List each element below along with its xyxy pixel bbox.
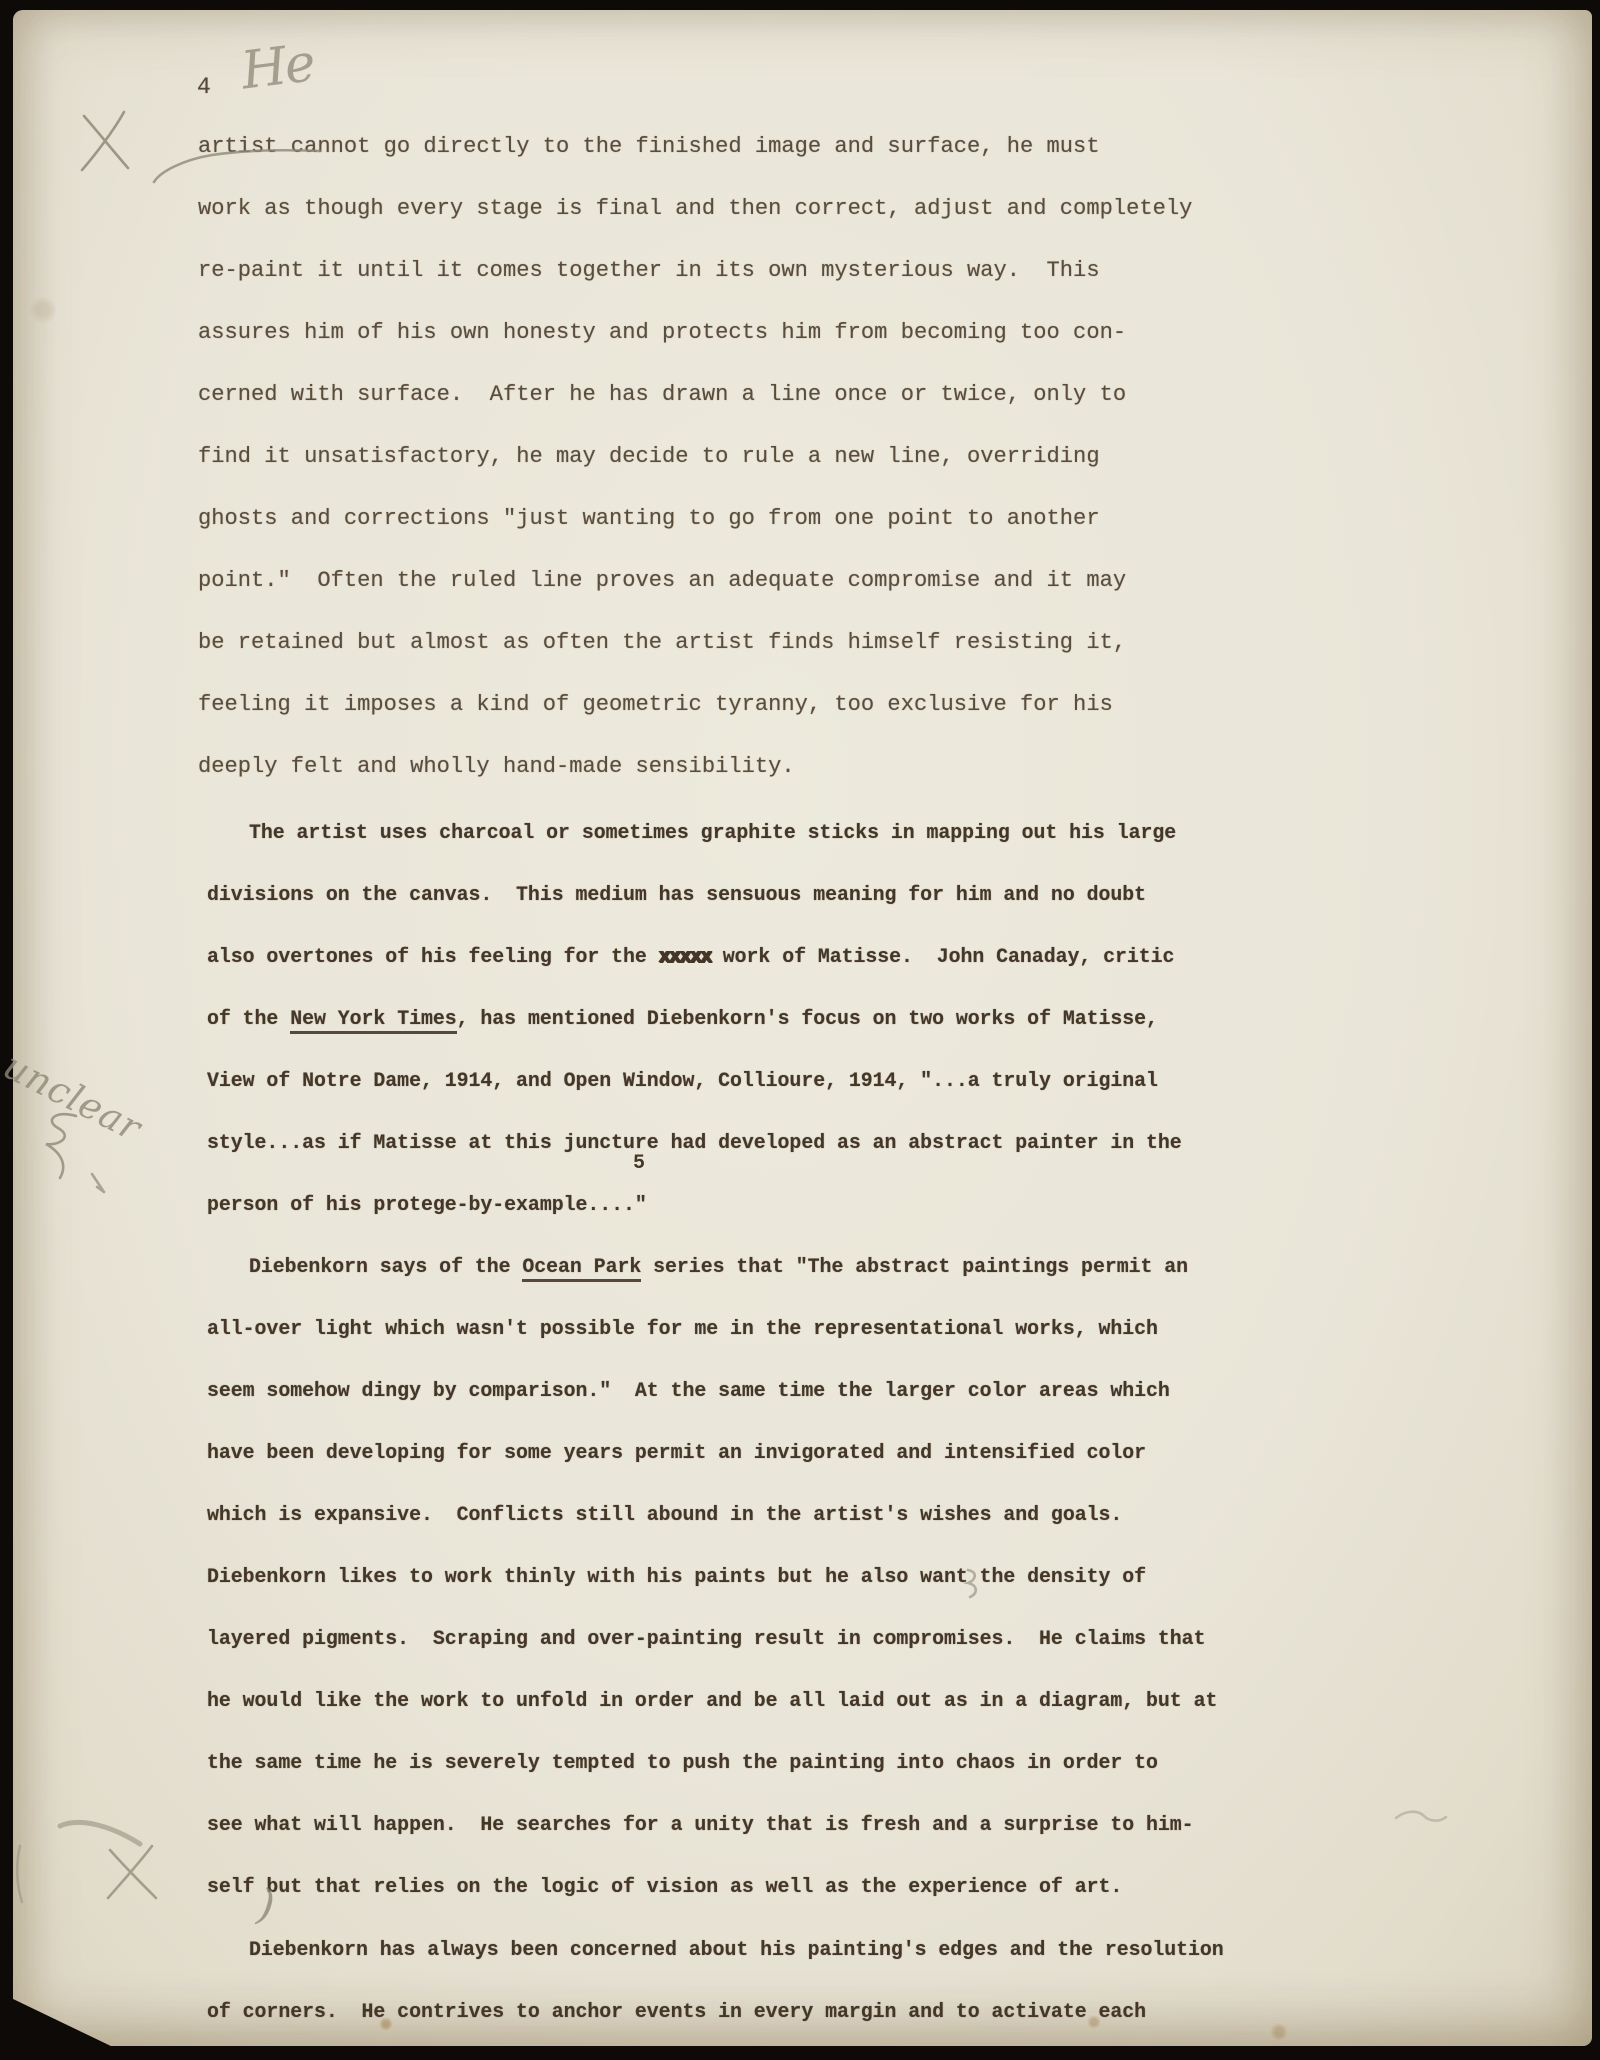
typed-line: of corners. He contrives to anchor event… [207,1981,1224,2043]
paragraph-3: Diebenkorn says of the Ocean Park series… [207,1236,1217,1918]
typed-line: work as though every stage is final and … [198,178,1192,240]
typed-line: assures him of his own honesty and prote… [198,302,1192,364]
paragraph-2: The artist uses charcoal or sometimes gr… [207,802,1182,1236]
typed-line: of the New York Times, has mentioned Die… [207,988,1182,1050]
line-segment: series that "The abstract paintings perm… [641,1255,1188,1278]
paragraph-1: artist cannot go directly to the finishe… [198,116,1192,798]
typed-line: The artist uses charcoal or sometimes gr… [207,802,1182,864]
line-segment: , has mentioned Diebenkorn's focus on tw… [457,1007,1158,1030]
page-number: 4 [197,74,211,100]
typed-line: have been developing for some years perm… [207,1422,1217,1484]
typed-line: layered pigments. Scraping and over-pain… [207,1608,1217,1670]
line-segment: also overtones of his feeling for the [207,945,659,968]
scanned-typescript-page: 4 artist cannot go directly to the finis… [0,0,1600,2060]
typed-line: point." Often the ruled line proves an a… [198,550,1192,612]
overtyped-word: xxxxx [659,945,711,968]
handwritten-insertion-he: He [238,33,317,101]
typed-line: be retained but almost as often the arti… [198,612,1192,674]
typed-line: feeling it imposes a kind of geometric t… [198,674,1192,736]
underlined-series-title: Ocean Park [522,1255,641,1282]
typed-line: divisions on the canvas. This medium has… [207,864,1182,926]
typed-line: the same time he is severely tempted to … [207,1732,1217,1794]
typed-line: artist cannot go directly to the finishe… [198,116,1192,178]
typed-line: cerned with surface. After he has drawn … [198,364,1192,426]
underlined-title: New York Times [290,1007,456,1034]
typed-line: Diebenkorn likes to work thinly with his… [207,1546,1217,1608]
line-segment: of the [207,1007,290,1030]
typed-line: which is expansive. Conflicts still abou… [207,1484,1217,1546]
paragraph-4: Diebenkorn has always been concerned abo… [207,1919,1224,2043]
typed-line: also overtones of his feeling for the xx… [207,926,1182,988]
typed-line: all-over light which wasn't possible for… [207,1298,1217,1360]
typed-line: person of his protege-by-example...." [207,1174,1182,1236]
typed-line: see what will happen. He searches for a … [207,1794,1217,1856]
typed-line: Diebenkorn has always been concerned abo… [207,1919,1224,1981]
typed-line: deeply felt and wholly hand-made sensibi… [198,736,1192,798]
line-segment: Diebenkorn says of the [249,1255,522,1278]
typed-line: ghosts and corrections "just wanting to … [198,488,1192,550]
typed-line: self but that relies on the logic of vis… [207,1856,1217,1918]
typed-line: Diebenkorn says of the Ocean Park series… [207,1236,1217,1298]
footnote-number: 5 [633,1152,645,1175]
typed-line: find it unsatisfactory, he may decide to… [198,426,1192,488]
typed-line: style...as if Matisse at this juncture h… [207,1112,1182,1174]
typed-line: he would like the work to unfold in orde… [207,1670,1217,1732]
typed-line: View of Notre Dame, 1914, and Open Windo… [207,1050,1182,1112]
line-segment: work of Matisse. John Canaday, critic [711,945,1175,968]
typed-line: re-paint it until it comes together in i… [198,240,1192,302]
typed-line: seem somehow dingy by comparison." At th… [207,1360,1217,1422]
